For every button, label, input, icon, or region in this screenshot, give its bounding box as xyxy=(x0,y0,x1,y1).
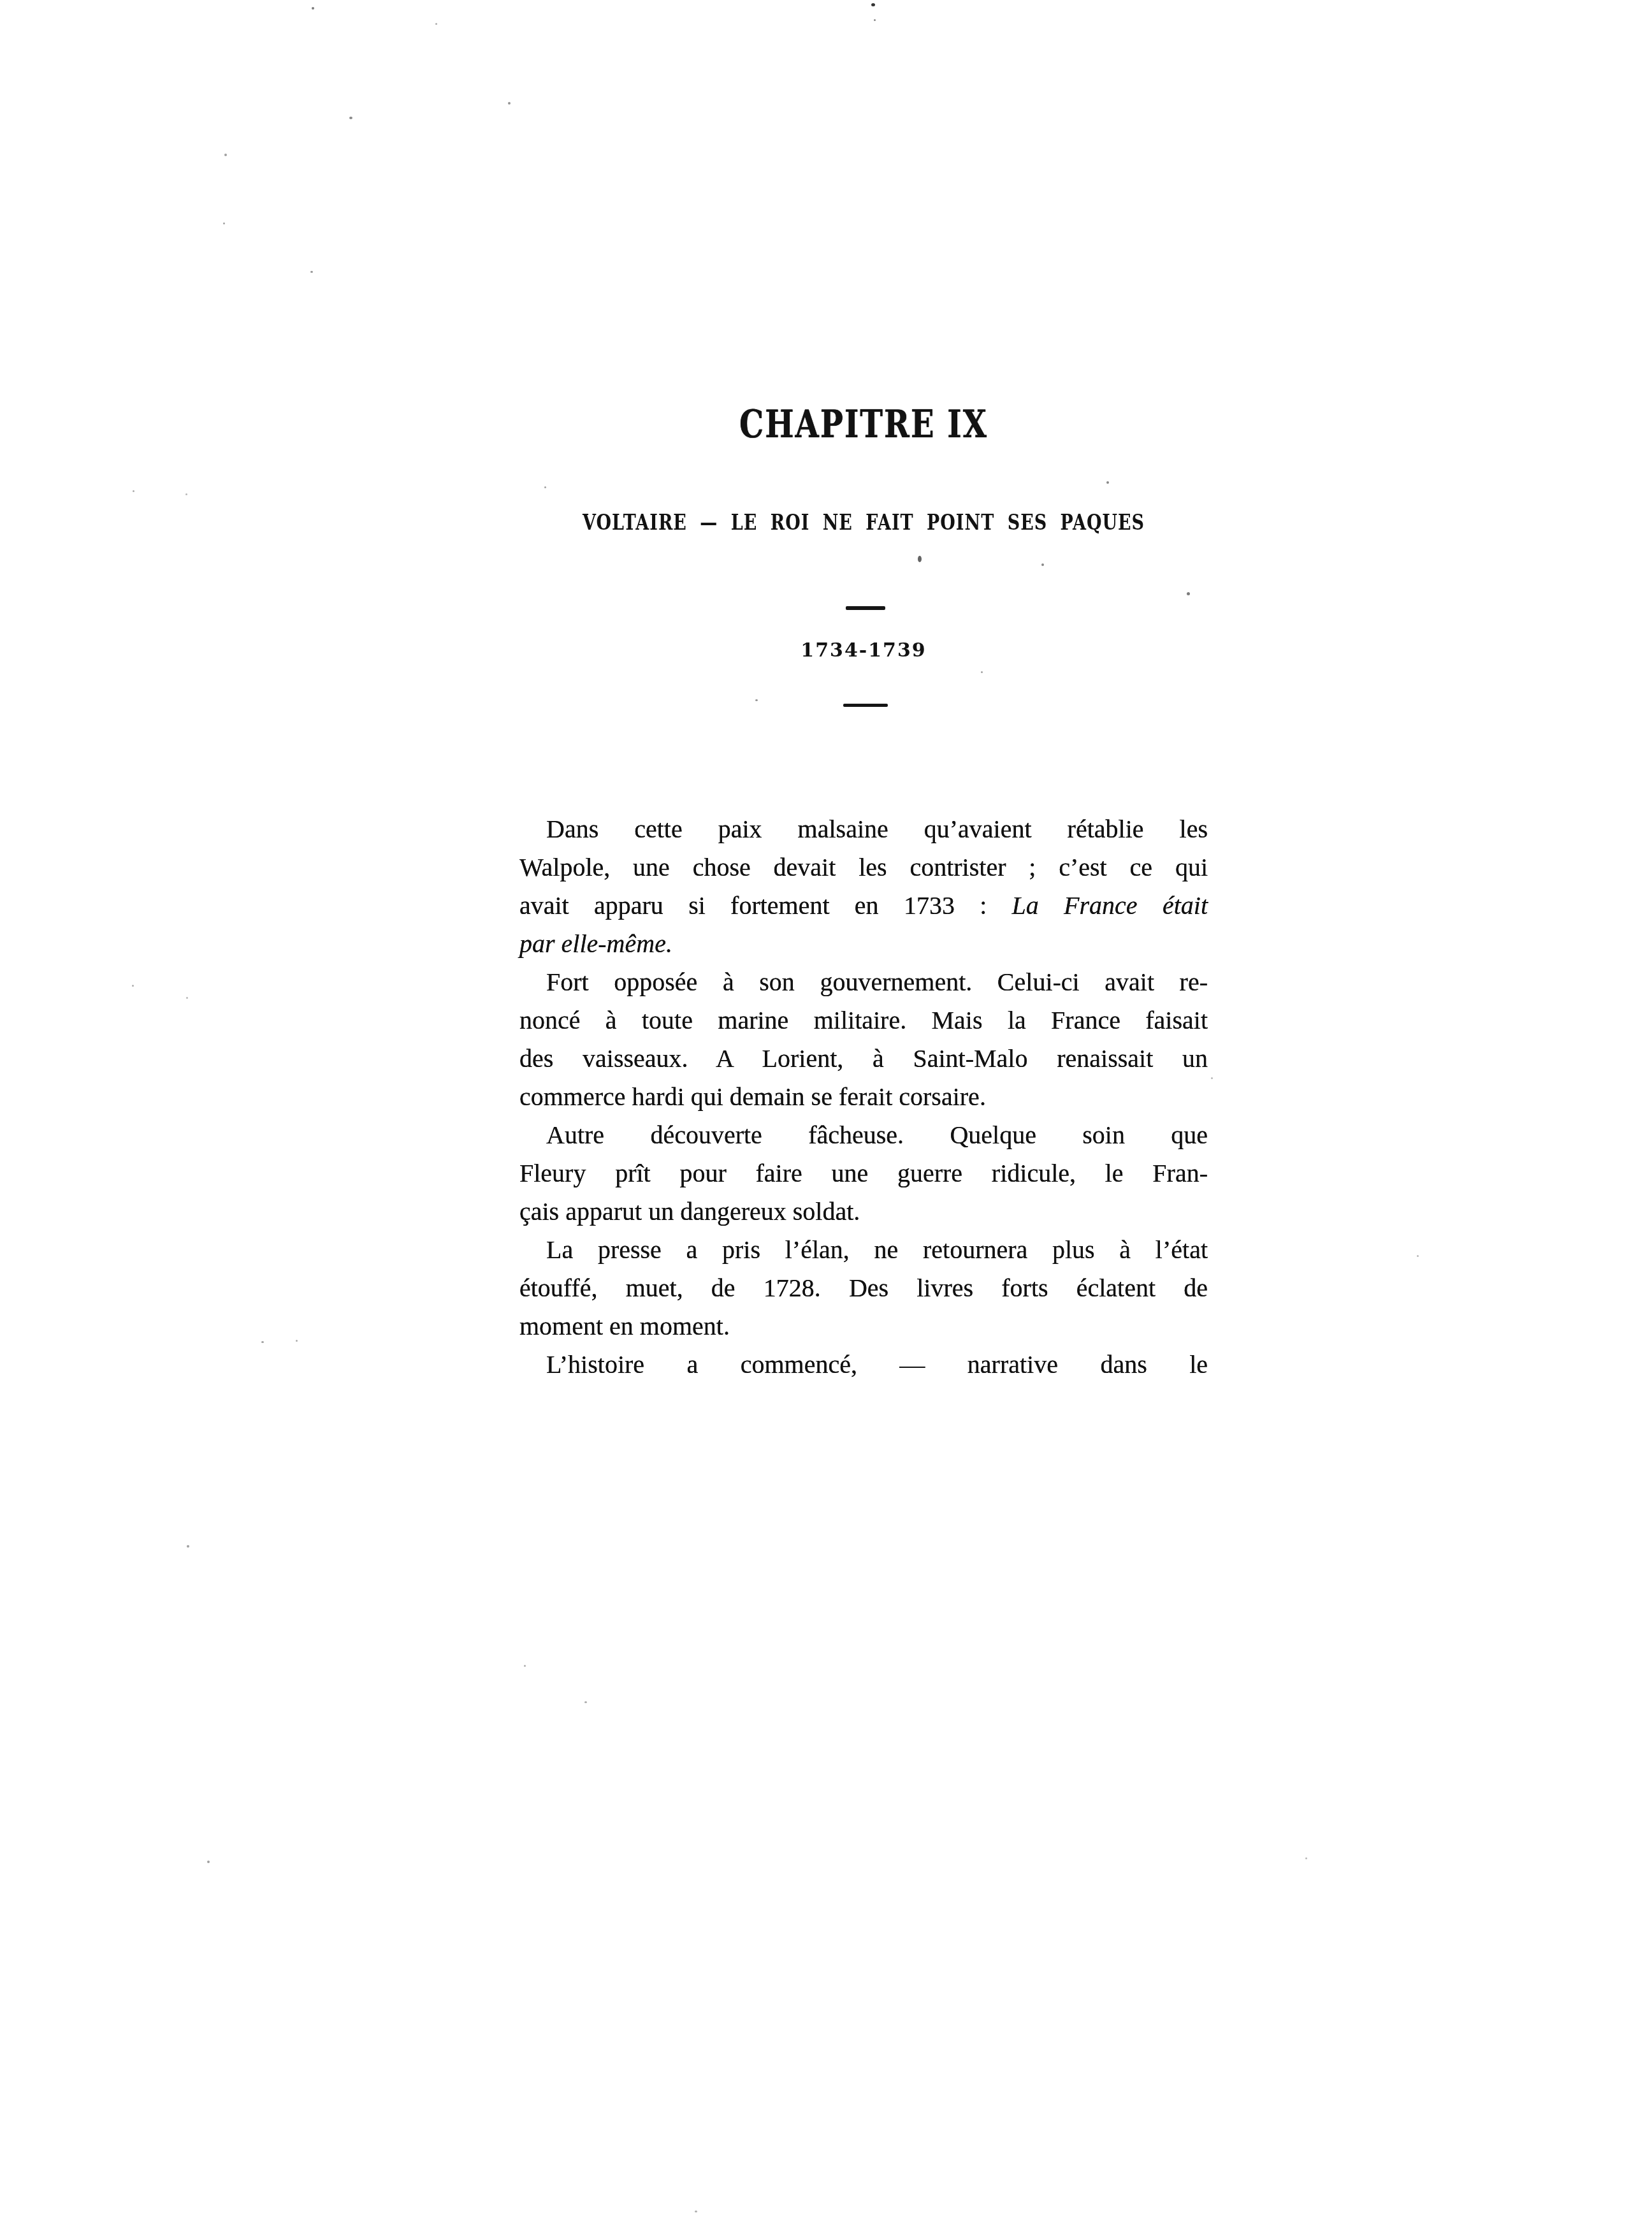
plain-text: Fort opposée à son gouvernement. Celui-c… xyxy=(546,968,1208,996)
body-line: étouffé, muet, de 1728. Des livres forts… xyxy=(519,1269,1208,1307)
plain-text: La presse a pris l’élan, ne retournera p… xyxy=(546,1235,1208,1264)
plain-text: Walpole, une chose devait les contrister… xyxy=(519,853,1208,882)
plain-text: étouffé, muet, de 1728. Des livres forts… xyxy=(519,1274,1208,1302)
scan-speck xyxy=(187,1545,189,1548)
scanned-book-page: CHAPITRE IX VOLTAIRE — LE ROI NE FAIT PO… xyxy=(0,0,1652,2236)
plain-text: L’histoire a commencé, — narrative dans … xyxy=(546,1350,1208,1379)
scan-speck xyxy=(349,117,352,119)
body-line: Fort opposée à son gouvernement. Celui-c… xyxy=(519,963,1208,1001)
body-line: çais apparut un dangereux soldat. xyxy=(519,1193,1208,1231)
scan-speck xyxy=(918,556,922,562)
plain-text: noncé à toute marine militaire. Mais la … xyxy=(519,1006,1208,1035)
body-text: Dans cette paix malsaine qu’avaient réta… xyxy=(519,810,1208,1384)
scan-speck xyxy=(695,2211,697,2212)
chapter-subtitle: VOLTAIRE — LE ROI NE FAIT POINT SES PAQU… xyxy=(519,512,1208,534)
scan-speck xyxy=(224,154,227,156)
separator-rule-bottom xyxy=(843,704,888,707)
scan-speck xyxy=(871,3,875,6)
body-line: avait apparu si fortement en 1733 : La F… xyxy=(519,887,1208,925)
scan-speck xyxy=(544,486,546,488)
paragraph: Autre découverte fâcheuse. Quelque soin … xyxy=(519,1116,1208,1231)
scan-speck xyxy=(584,1701,587,1703)
scan-speck xyxy=(207,1861,210,1863)
body-line: La presse a pris l’élan, ne retournera p… xyxy=(519,1231,1208,1269)
scan-speck xyxy=(186,997,188,999)
scan-speck xyxy=(508,102,511,105)
scan-speck xyxy=(133,490,134,492)
plain-text: avait apparu si fortement en 1733 : xyxy=(519,891,1012,920)
plain-text: moment en moment. xyxy=(519,1312,730,1340)
scan-speck xyxy=(874,19,876,21)
scan-speck xyxy=(755,699,758,701)
body-line: commerce hardi qui demain se ferait cors… xyxy=(519,1078,1208,1116)
plain-text: Fleury prît pour faire une guerre ridicu… xyxy=(519,1159,1208,1187)
body-line: par elle-même. xyxy=(519,925,1208,963)
scan-speck xyxy=(1211,1077,1213,1079)
scan-speck xyxy=(1305,1857,1307,1859)
scan-speck xyxy=(1417,1255,1419,1257)
scan-speck xyxy=(1187,592,1190,595)
paragraph: L’histoire a commencé, — narrative dans … xyxy=(519,1346,1208,1384)
italic-text: par elle-même. xyxy=(519,929,672,958)
separator-rule-top xyxy=(846,606,885,610)
body-line: Fleury prît pour faire une guerre ridicu… xyxy=(519,1154,1208,1193)
text-column: CHAPITRE IX VOLTAIRE — LE ROI NE FAIT PO… xyxy=(519,0,1208,2236)
scan-speck xyxy=(524,1665,526,1667)
paragraph: Dans cette paix malsaine qu’avaient réta… xyxy=(519,810,1208,963)
scan-speck xyxy=(981,671,983,673)
body-line: Walpole, une chose devait les contrister… xyxy=(519,848,1208,887)
body-line: Autre découverte fâcheuse. Quelque soin … xyxy=(519,1116,1208,1154)
paragraph: Fort opposée à son gouvernement. Celui-c… xyxy=(519,963,1208,1116)
scan-speck xyxy=(1106,481,1109,484)
scan-speck xyxy=(261,1341,264,1343)
body-line: Dans cette paix malsaine qu’avaient réta… xyxy=(519,810,1208,848)
scan-speck xyxy=(185,493,187,495)
scan-speck xyxy=(223,222,225,224)
body-line: moment en moment. xyxy=(519,1307,1208,1346)
body-line: des vaisseaux. A Lorient, à Saint-Malo r… xyxy=(519,1040,1208,1078)
body-line: L’histoire a commencé, — narrative dans … xyxy=(519,1346,1208,1384)
scan-speck xyxy=(132,985,134,987)
scan-speck xyxy=(435,23,437,25)
scan-speck xyxy=(310,271,313,273)
paragraph: La presse a pris l’élan, ne retournera p… xyxy=(519,1231,1208,1346)
plain-text: Dans cette paix malsaine qu’avaient réta… xyxy=(546,815,1208,843)
chapter-title: CHAPITRE IX xyxy=(519,405,1208,444)
plain-text: commerce hardi qui demain se ferait cors… xyxy=(519,1082,986,1111)
plain-text: Autre découverte fâcheuse. Quelque soin … xyxy=(546,1121,1208,1149)
scan-speck xyxy=(296,1340,298,1342)
body-line: noncé à toute marine militaire. Mais la … xyxy=(519,1001,1208,1040)
scan-speck xyxy=(312,7,314,10)
date-range: 1734-1739 xyxy=(519,641,1208,660)
plain-text: çais apparut un dangereux soldat. xyxy=(519,1197,860,1226)
italic-text: La France était xyxy=(1012,891,1208,920)
scan-speck xyxy=(1041,563,1044,566)
plain-text: des vaisseaux. A Lorient, à Saint-Malo r… xyxy=(519,1044,1208,1073)
